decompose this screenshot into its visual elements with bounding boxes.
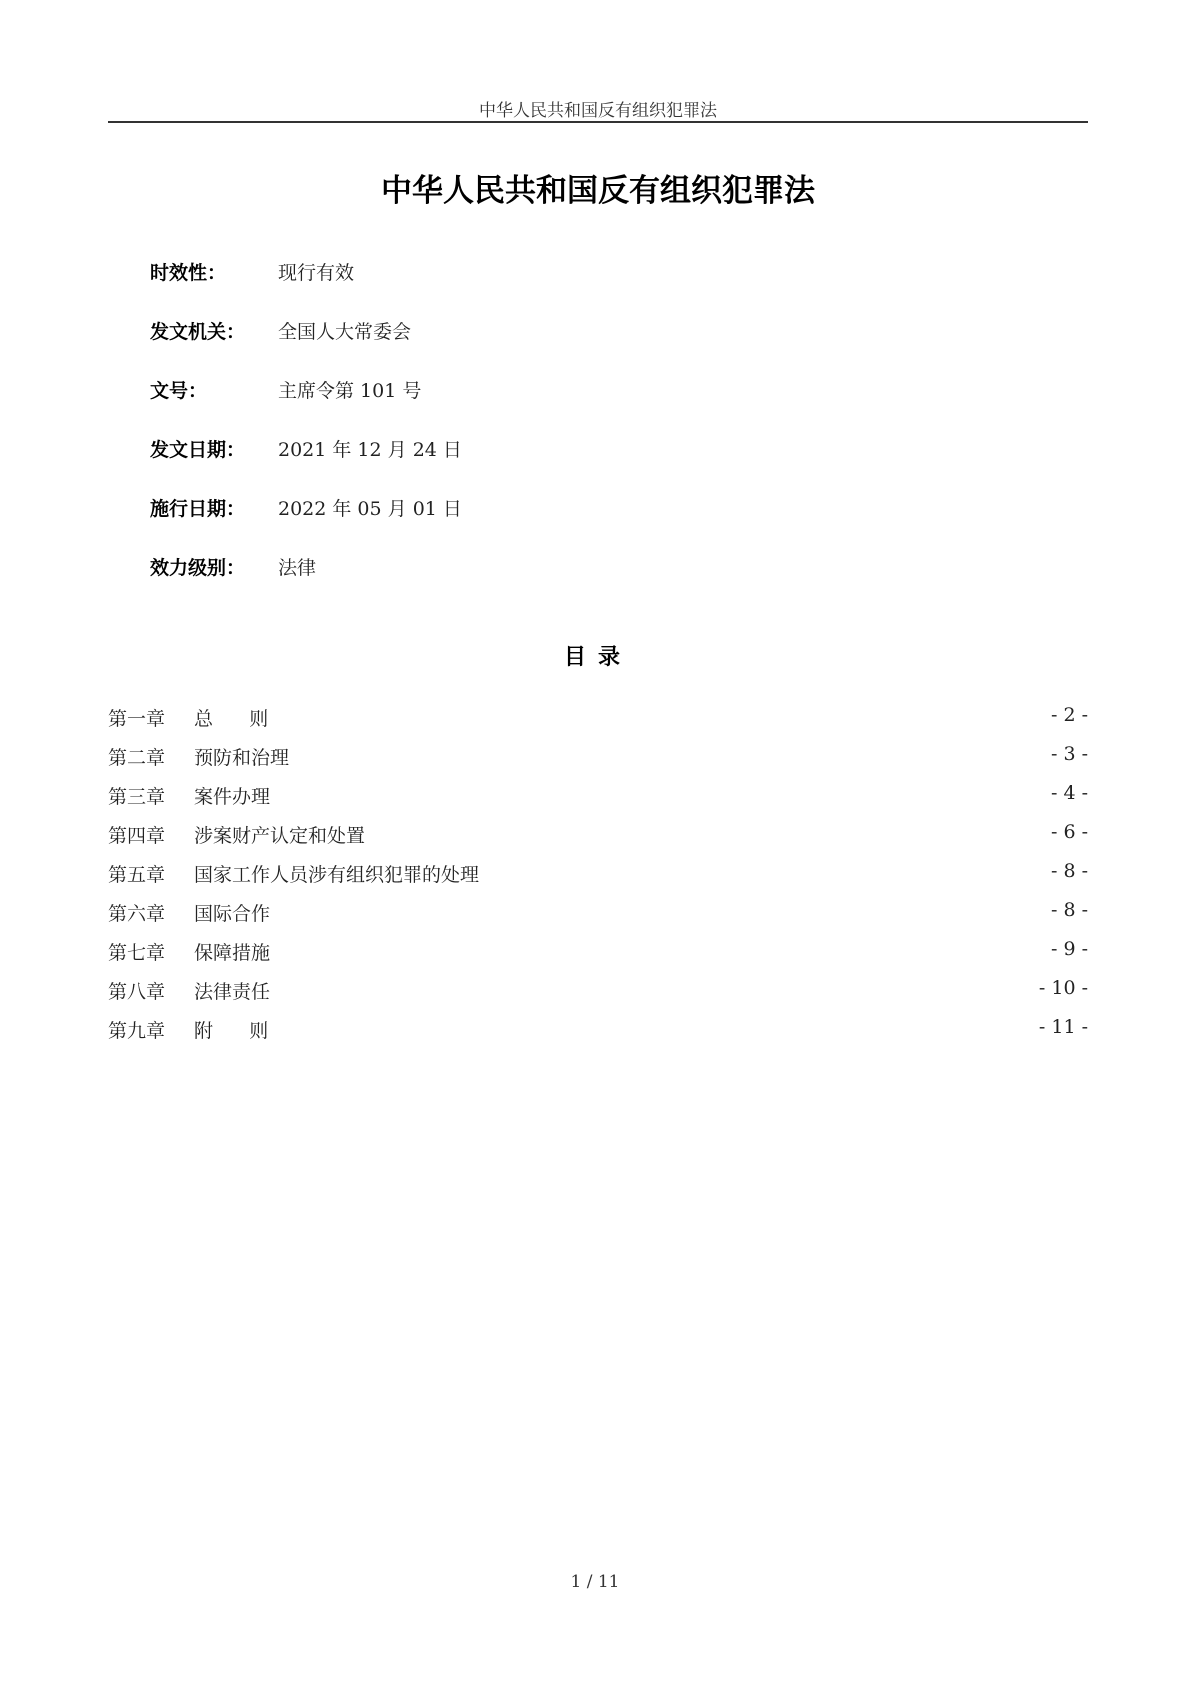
toc-chapter-name: 附 则	[194, 1016, 268, 1043]
toc-chapter-name: 涉案财产认定和处置	[194, 821, 365, 848]
document-title: 中华人民共和国反有组织犯罪法	[108, 165, 1088, 210]
toc-chapter: 第九章	[108, 1016, 165, 1043]
toc-chapter-name: 国家工作人员涉有组织犯罪的处理	[194, 860, 479, 887]
toc-entry[interactable]: 第九章 附 则 - 11 -	[108, 1016, 1088, 1046]
toc-page-number: - 10 -	[1039, 977, 1088, 999]
toc-entry[interactable]: 第四章 涉案财产认定和处置 - 6 -	[108, 821, 1088, 851]
toc-page-number: - 8 -	[1051, 860, 1088, 882]
running-header: 中华人民共和国反有组织犯罪法	[108, 96, 1088, 121]
meta-value: 2022 年 05 月 01 日	[278, 494, 462, 521]
meta-label: 文号：	[150, 376, 207, 403]
toc-title: 目录	[108, 640, 1088, 671]
toc-page-number: - 2 -	[1051, 704, 1088, 726]
toc-chapter-name: 国际合作	[194, 899, 270, 926]
toc-chapter: 第六章	[108, 899, 165, 926]
meta-label: 效力级别：	[150, 553, 245, 580]
toc-entry[interactable]: 第一章 总 则 - 2 -	[108, 704, 1088, 734]
page-indicator: 1 / 11	[0, 1572, 1190, 1592]
toc-entry[interactable]: 第七章 保障措施 - 9 -	[108, 938, 1088, 968]
toc-page-number: - 9 -	[1051, 938, 1088, 960]
meta-value: 法律	[278, 553, 316, 580]
header-rule	[108, 121, 1088, 123]
toc-chapter: 第七章	[108, 938, 165, 965]
toc-page-number: - 4 -	[1051, 782, 1088, 804]
toc-chapter: 第八章	[108, 977, 165, 1004]
meta-value: 现行有效	[278, 258, 354, 285]
toc-chapter: 第五章	[108, 860, 165, 887]
toc-chapter: 第一章	[108, 704, 165, 731]
toc-chapter-name: 预防和治理	[194, 743, 289, 770]
toc-entry[interactable]: 第二章 预防和治理 - 3 -	[108, 743, 1088, 773]
toc-entry[interactable]: 第五章 国家工作人员涉有组织犯罪的处理 - 8 -	[108, 860, 1088, 890]
toc-chapter-name: 案件办理	[194, 782, 270, 809]
meta-label: 时效性：	[150, 258, 226, 285]
toc-page-number: - 3 -	[1051, 743, 1088, 765]
toc-chapter-name: 总 则	[194, 704, 268, 731]
toc-chapter: 第三章	[108, 782, 165, 809]
toc-chapter-name: 法律责任	[194, 977, 270, 1004]
toc-entry[interactable]: 第八章 法律责任 - 10 -	[108, 977, 1088, 1007]
toc-page-number: - 11 -	[1039, 1016, 1088, 1038]
toc-chapter: 第四章	[108, 821, 165, 848]
meta-value: 全国人大常委会	[278, 317, 411, 344]
toc-page-number: - 6 -	[1051, 821, 1088, 843]
toc-chapter-name: 保障措施	[194, 938, 270, 965]
meta-label: 发文日期：	[150, 435, 245, 462]
toc-entry[interactable]: 第三章 案件办理 - 4 -	[108, 782, 1088, 812]
meta-value: 2021 年 12 月 24 日	[278, 435, 462, 462]
meta-label: 发文机关：	[150, 317, 245, 344]
meta-value: 主席令第 101 号	[278, 376, 421, 403]
toc-chapter: 第二章	[108, 743, 165, 770]
meta-label: 施行日期：	[150, 494, 245, 521]
toc-entry[interactable]: 第六章 国际合作 - 8 -	[108, 899, 1088, 929]
toc-page-number: - 8 -	[1051, 899, 1088, 921]
